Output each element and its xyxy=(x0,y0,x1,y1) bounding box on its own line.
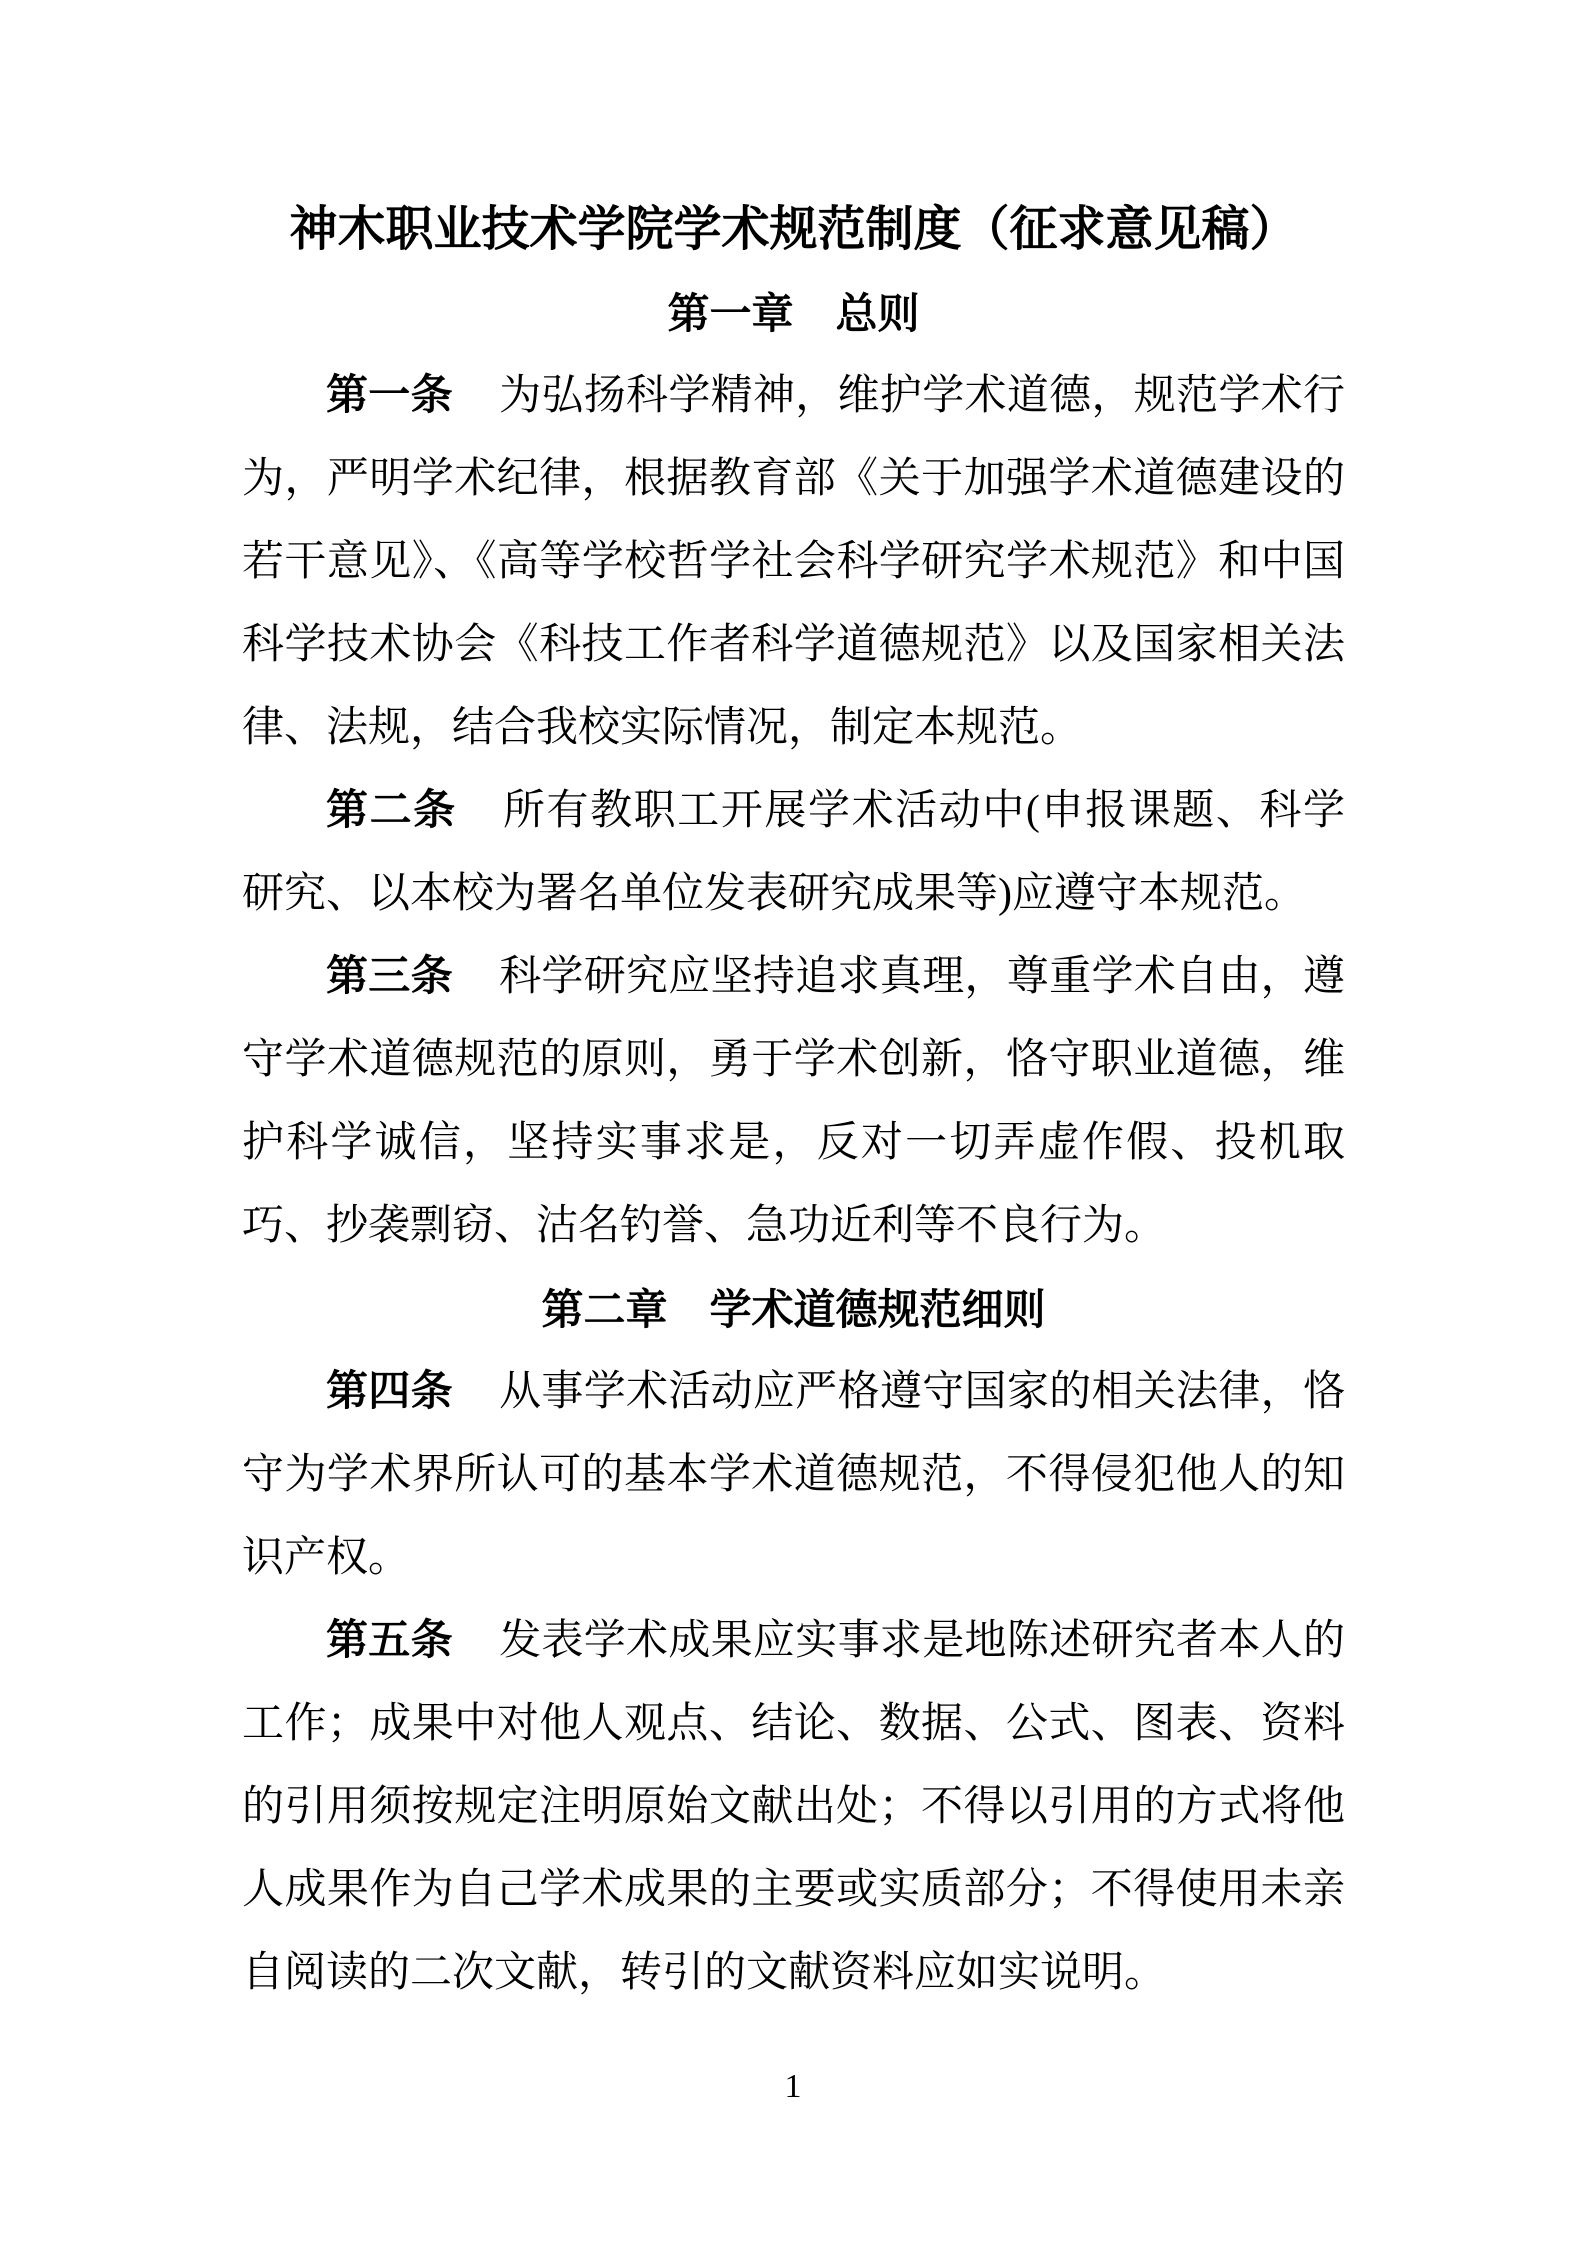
article-1-text: 为弘扬科学精神，维护学术道德，规范学术行为，严明学术纪律，根据教育部《关于加强学… xyxy=(242,373,1345,751)
article-3: 第三条科学研究应坚持追求真理，尊重学术自由，遵守学术道德规范的原则，勇于学术创新… xyxy=(242,936,1345,1268)
article-3-label: 第三条 xyxy=(326,954,453,1000)
chapter-2-heading: 第二章 学术道德规范细则 xyxy=(242,1268,1345,1351)
chapter-1-heading: 第一章 总则 xyxy=(242,272,1345,355)
document-body: 神木职业技术学院学术规范制度（征求意见稿） 第一章 总则 第一条为弘扬科学精神，… xyxy=(242,188,1345,2015)
article-4-label: 第四条 xyxy=(326,1369,453,1415)
article-1: 第一条为弘扬科学精神，维护学术道德，规范学术行为，严明学术纪律，根据教育部《关于… xyxy=(242,355,1345,770)
article-5: 第五条发表学术成果应实事求是地陈述研究者本人的工作；成果中对他人观点、结论、数据… xyxy=(242,1600,1345,2015)
article-2: 第二条所有教职工开展学术活动中(申报课题、科学研究、以本校为署名单位发表研究成果… xyxy=(242,770,1345,936)
page-number: 1 xyxy=(0,2062,1586,2112)
article-4: 第四条从事学术活动应严格遵守国家的相关法律，恪守为学术界所认可的基本学术道德规范… xyxy=(242,1351,1345,1600)
article-1-label: 第一条 xyxy=(326,373,453,419)
document-page: 神木职业技术学院学术规范制度（征求意见稿） 第一章 总则 第一条为弘扬科学精神，… xyxy=(0,0,1586,2245)
article-5-label: 第五条 xyxy=(326,1618,453,1664)
article-2-label: 第二条 xyxy=(326,788,457,834)
article-5-text: 发表学术成果应实事求是地陈述研究者本人的工作；成果中对他人观点、结论、数据、公式… xyxy=(242,1618,1345,1996)
document-title: 神木职业技术学院学术规范制度（征求意见稿） xyxy=(242,188,1345,272)
